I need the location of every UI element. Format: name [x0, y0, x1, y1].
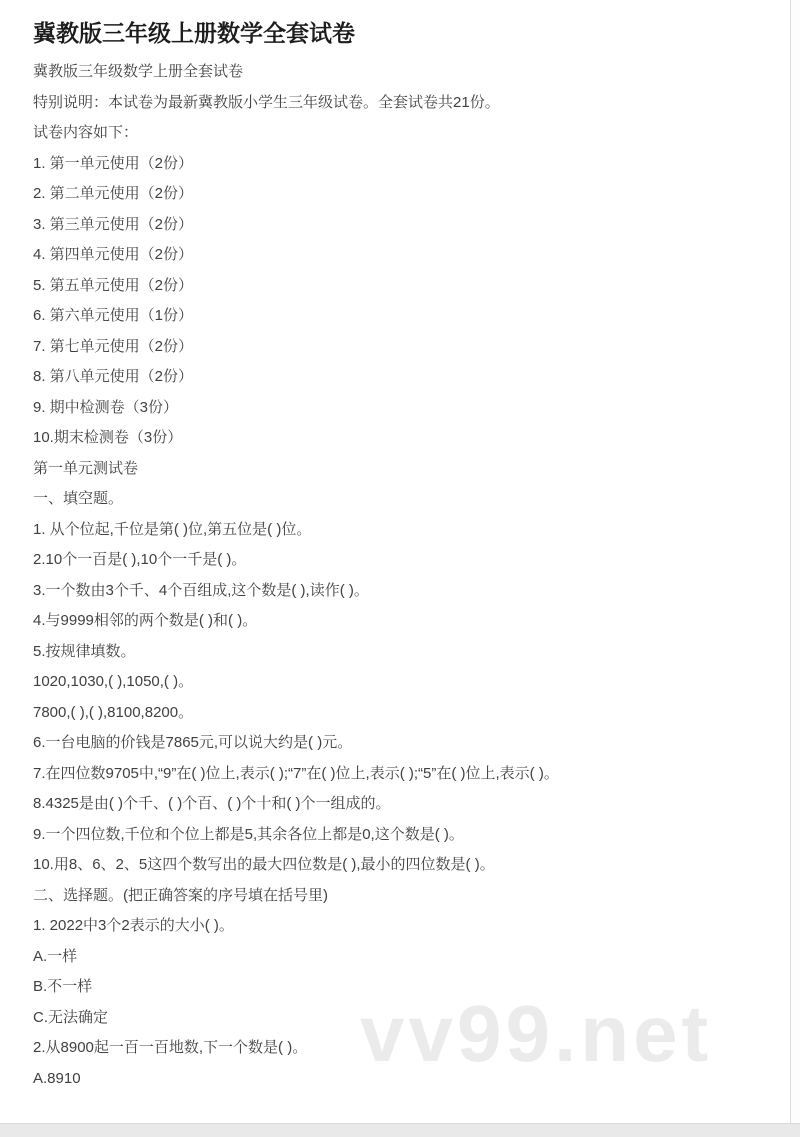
fill-section-header: 一、填空题。 — [33, 484, 755, 515]
question-line: 1020,1030,( ),1050,( )。 — [33, 667, 755, 698]
question-line: 9.一个四位数,千位和个位上都是5,其余各位上都是0,这个数是( )。 — [33, 820, 755, 851]
question-line: 1. 从个位起,千位是第( )位,第五位是( )位。 — [33, 515, 755, 546]
option-line: B.不一样 — [33, 972, 755, 1003]
option-line: C.无法确定 — [33, 1003, 755, 1034]
toc-item: 7. 第七单元使用（2份） — [33, 332, 755, 363]
page-title: 冀教版三年级上册数学全套试卷 — [33, 18, 755, 48]
intro-line: 特别说明：本试卷为最新冀教版小学生三年级试卷。全套试卷共21份。 — [33, 88, 755, 119]
question-line: 7.在四位数9705中,“9”在( )位上,表示( );“7”在( )位上,表示… — [33, 759, 755, 790]
question-line: 10.用8、6、2、5这四个数写出的最大四位数是( ),最小的四位数是( )。 — [33, 850, 755, 881]
toc-item: 2. 第二单元使用（2份） — [33, 179, 755, 210]
option-line: A.8910 — [33, 1064, 755, 1095]
toc-item: 4. 第四单元使用（2份） — [33, 240, 755, 271]
choice-section-header: 二、选择题。(把正确答案的序号填在括号里) — [33, 881, 755, 912]
toc-item: 6. 第六单元使用（1份） — [33, 301, 755, 332]
question-line: 2.从8900起一百一百地数,下一个数是( )。 — [33, 1033, 755, 1064]
document-page: vv99.net 冀教版三年级上册数学全套试卷 冀教版三年级数学上册全套试卷 特… — [0, 0, 800, 1137]
toc-item: 5. 第五单元使用（2份） — [33, 271, 755, 302]
option-line: A.一样 — [33, 942, 755, 973]
question-line: 5.按规律填数。 — [33, 637, 755, 668]
intro-line: 冀教版三年级数学上册全套试卷 — [33, 57, 755, 88]
intro-line: 试卷内容如下： — [33, 118, 755, 149]
toc-item: 3. 第三单元使用（2份） — [33, 210, 755, 241]
toc-item: 10.期末检测卷（3份） — [33, 423, 755, 454]
unit-test-title: 第一单元测试卷 — [33, 454, 755, 485]
question-line: 4.与9999相邻的两个数是( )和( )。 — [33, 606, 755, 637]
question-line: 2.10个一百是( ),10个一千是( )。 — [33, 545, 755, 576]
question-line: 8.4325是由( )个千、( )个百、( )个十和( )个一组成的。 — [33, 789, 755, 820]
toc-item: 1. 第一单元使用（2份） — [33, 149, 755, 180]
question-line: 7800,( ),( ),8100,8200。 — [33, 698, 755, 729]
question-line: 6.一台电脑的价钱是7865元,可以说大约是( )元。 — [33, 728, 755, 759]
question-line: 1. 2022中3个2表示的大小( )。 — [33, 911, 755, 942]
bottom-bar — [0, 1123, 800, 1137]
document-content: 冀教版三年级上册数学全套试卷 冀教版三年级数学上册全套试卷 特别说明：本试卷为最… — [0, 0, 800, 1094]
question-line: 3.一个数由3个千、4个百组成,这个数是( ),读作( )。 — [33, 576, 755, 607]
toc-item: 8. 第八单元使用（2份） — [33, 362, 755, 393]
toc-item: 9. 期中检测卷（3份） — [33, 393, 755, 424]
